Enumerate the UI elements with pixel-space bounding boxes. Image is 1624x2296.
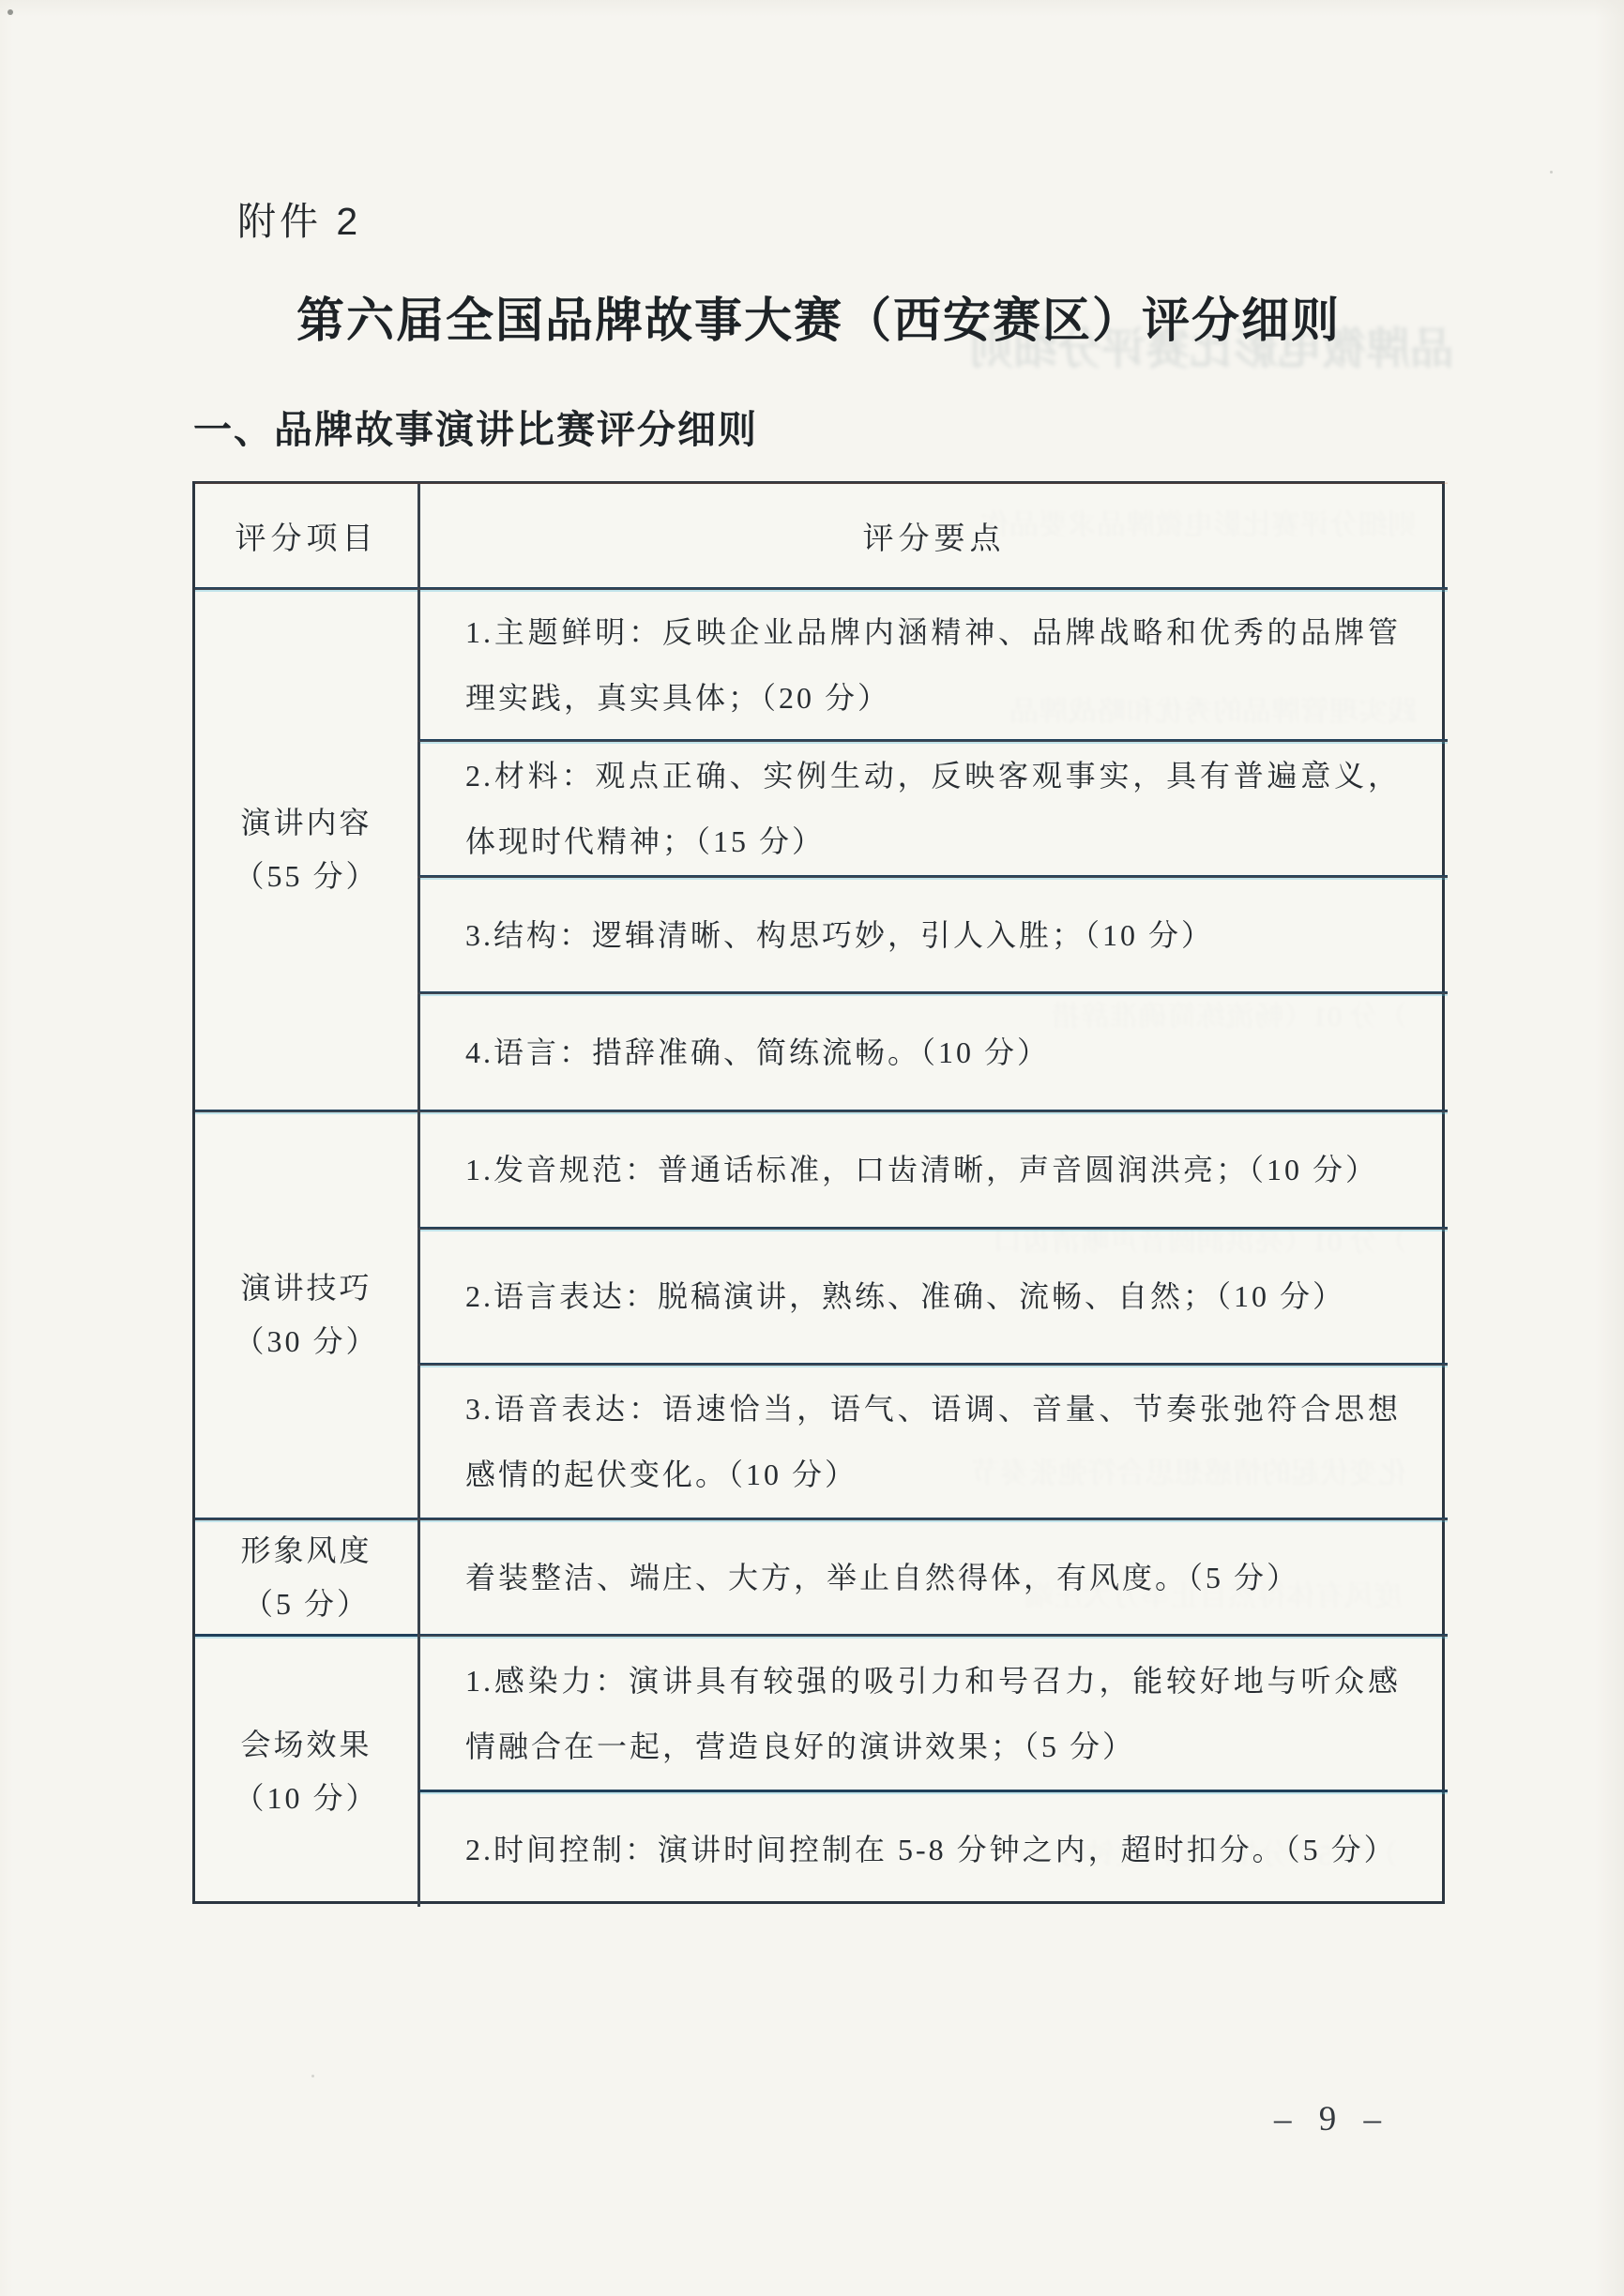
criteria-row: 3.结构：逻辑清晰、构思巧妙，引人入胜；（10 分） — [417, 878, 1448, 994]
criteria-text: 1.感染力：演讲具有较强的吸引力和号召力，能较好地与听众感情融合在一起，营造良好… — [465, 1648, 1401, 1779]
criteria-row: 1.主题鲜明：反映企业品牌内涵精神、品牌战略和优秀的品牌管理实践，真实具体；（2… — [417, 590, 1448, 742]
criteria-text: 2.材料：观点正确、实例生动，反映客观事实，具有普遍意义，体现时代精神；（15 … — [465, 743, 1401, 874]
group-cell-speech-content: 演讲内容 （55 分） — [195, 590, 417, 1112]
criteria-row: 2.语言表达：脱稿演讲，熟练、准确、流畅、自然；（10 分） — [417, 1230, 1448, 1366]
scan-speck — [311, 2075, 314, 2077]
criteria-text: 着装整洁、端庄、大方，举止自然得体，有风度。（5 分） — [465, 1545, 1401, 1610]
group-cell-speech-skill: 演讲技巧 （30 分） — [195, 1112, 417, 1520]
criteria-row: 着装整洁、端庄、大方，举止自然得体，有风度。（5 分） — [417, 1520, 1448, 1637]
criteria-text: 1.主题鲜明：反映企业品牌内涵精神、品牌战略和优秀的品牌管理实践，真实具体；（2… — [465, 599, 1401, 731]
criteria-row: 1.感染力：演讲具有较强的吸引力和号召力，能较好地与听众感情融合在一起，营造良好… — [417, 1637, 1448, 1792]
criteria-text: 2.语言表达：脱稿演讲，熟练、准确、流畅、自然；（10 分） — [465, 1263, 1401, 1329]
criteria-text: 2.时间控制：演讲时间控制在 5-8 分钟之内，超时扣分。（5 分） — [465, 1817, 1401, 1882]
group-cell-venue-effect: 会场效果 （10 分） — [195, 1637, 417, 1907]
criteria-text: 4.语言：措辞准确、简练流畅。（10 分） — [465, 1020, 1401, 1085]
attachment-label: 附件 2 — [237, 190, 613, 241]
group-score: （55 分） — [234, 850, 378, 903]
group-cell-appearance: 形象风度 （5 分） — [195, 1520, 417, 1637]
section-heading: 一、品牌故事演讲比赛评分细则 — [193, 399, 1225, 451]
scoring-table: 评分项目 评分要点 演讲内容 （55 分） 演讲技巧 （30 分） 形象风度 （… — [192, 481, 1445, 1904]
document-title: 第六届全国品牌故事大赛（西安赛区）评分细则 — [192, 281, 1445, 347]
group-name: 演讲技巧 — [240, 1261, 372, 1315]
column-header-item: 评分项目 — [195, 484, 417, 590]
scan-speck — [8, 9, 13, 15]
criteria-text: 1.发音规范：普通话标准，口齿清晰，声音圆润洪亮；（10 分） — [465, 1137, 1401, 1202]
group-name: 会场效果 — [240, 1718, 372, 1772]
criteria-text: 3.语音表达：语速恰当，语气、语调、音量、节奏张弛符合思想感情的起伏变化。（10… — [465, 1376, 1401, 1507]
scanned-document-page: 品牌微电影比赛评分细则 则细分评赛比影电微牌品求要品作 践实理管牌品的秀优和略战… — [0, 0, 1624, 2296]
group-score: （30 分） — [234, 1315, 378, 1368]
criteria-text: 3.结构：逻辑清晰、构思巧妙，引人入胜；（10 分） — [465, 902, 1401, 968]
group-score: （10 分） — [234, 1772, 378, 1825]
criteria-row: 2.材料：观点正确、实例生动，反映客观事实，具有普遍意义，体现时代精神；（15 … — [417, 742, 1448, 878]
criteria-row: 2.时间控制：演讲时间控制在 5-8 分钟之内，超时扣分。（5 分） — [417, 1792, 1448, 1907]
criteria-row: 1.发音规范：普通话标准，口齿清晰，声音圆润洪亮；（10 分） — [417, 1112, 1448, 1230]
group-name: 演讲内容 — [240, 796, 372, 850]
group-name: 形象风度 — [240, 1524, 372, 1578]
criteria-row: 3.语音表达：语速恰当，语气、语调、音量、节奏张弛符合思想感情的起伏变化。（10… — [417, 1366, 1448, 1520]
page-number: – 9 – — [1248, 2099, 1417, 2146]
criteria-row: 4.语言：措辞准确、简练流畅。（10 分） — [417, 994, 1448, 1112]
group-score: （5 分） — [243, 1578, 370, 1631]
column-header-points: 评分要点 — [417, 484, 1448, 590]
scan-speck — [1550, 171, 1553, 174]
